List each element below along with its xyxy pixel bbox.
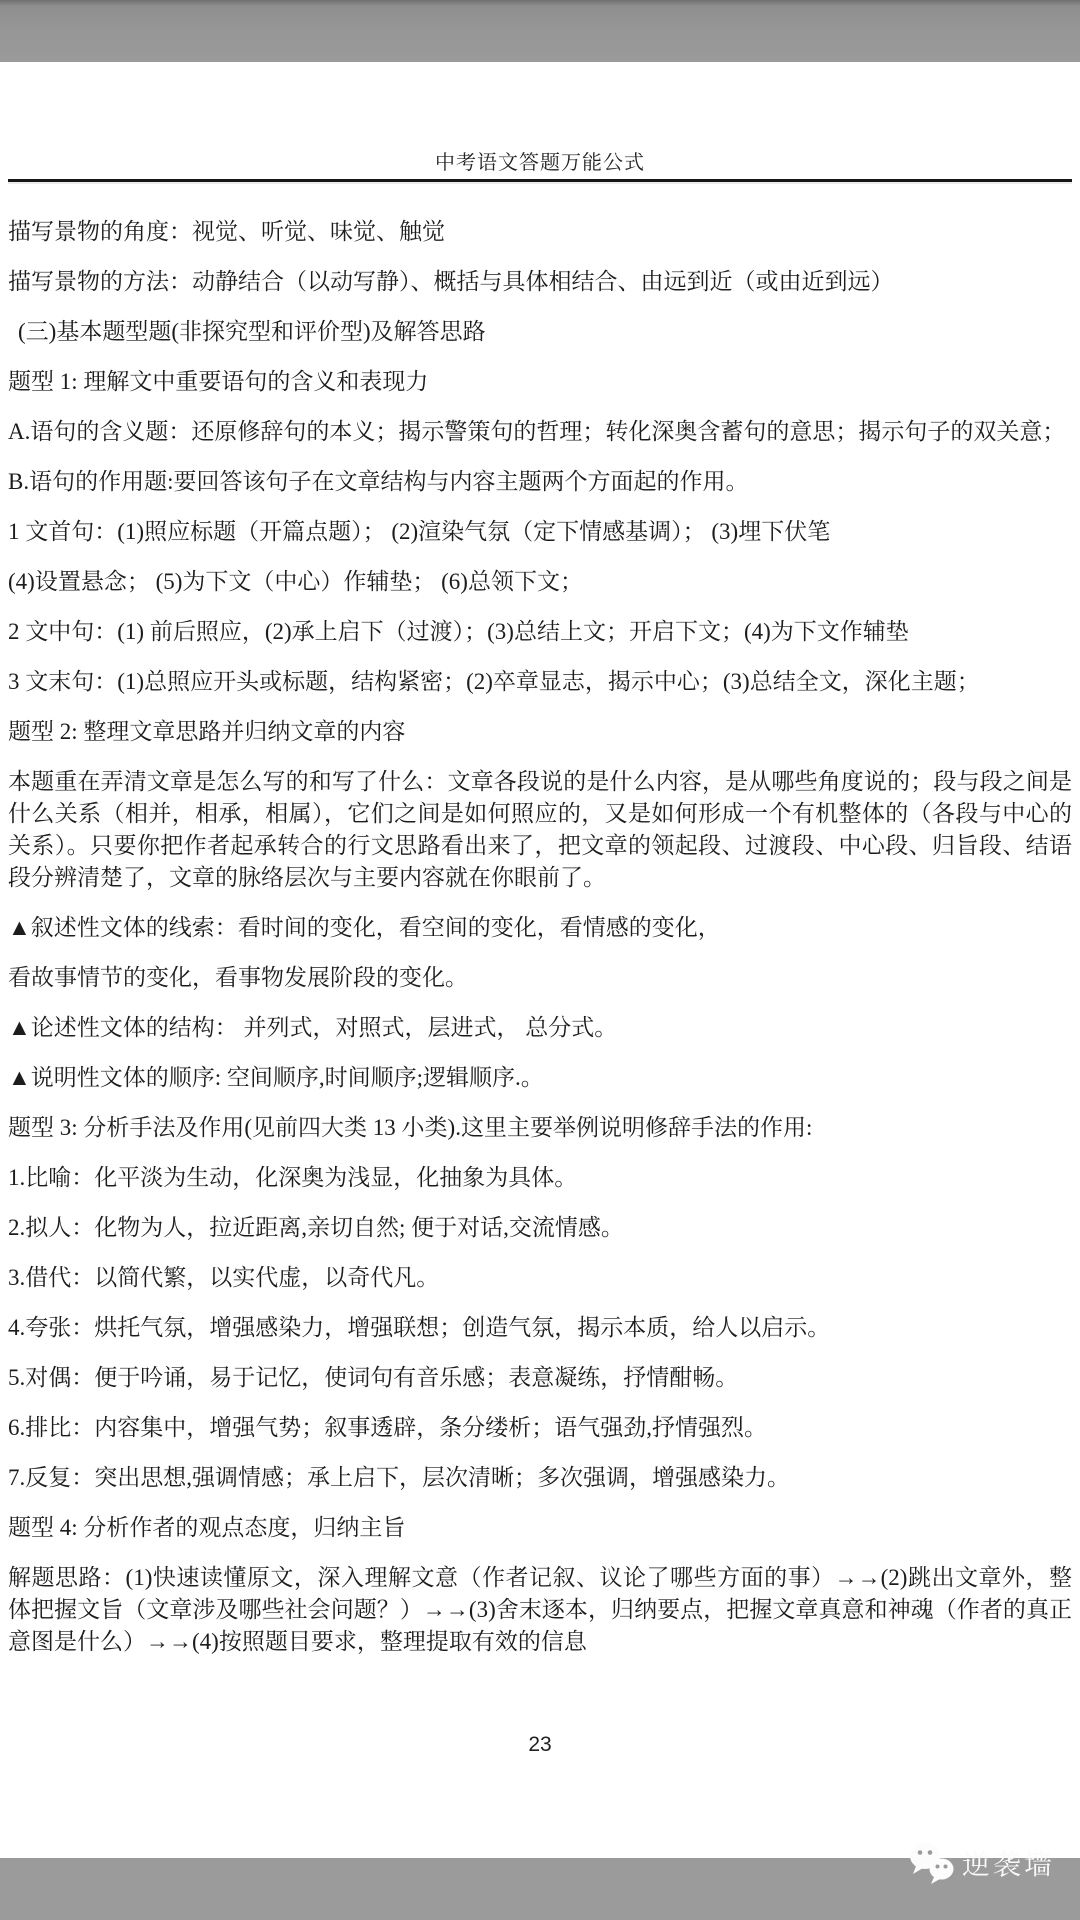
header-divider [8, 179, 1072, 182]
page-title: 中考语文答题万能公式 [0, 146, 1080, 175]
paragraph: 2 文中句：(1) 前后照应，(2)承上启下（过渡）；(3)总结上文；开启下文；… [8, 616, 1072, 648]
page-number: 23 [0, 1733, 1080, 1757]
paragraph: B.语句的作用题:要回答该句子在文章结构与内容主题两个方面起的作用。 [8, 466, 1072, 498]
paragraph: 6.排比：内容集中，增强气势；叙事透辟，条分缕析；语气强劲,抒情强烈。 [8, 1412, 1072, 1444]
paragraph: 题型 3: 分析手法及作用(见前四大类 13 小类).这里主要举例说明修辞手法的… [8, 1112, 1072, 1144]
paragraph: 描写景物的角度：视觉、听觉、味觉、触觉 [8, 216, 1072, 248]
paragraph: 2.拟人：化物为人，拉近距离,亲切自然; 便于对话,交流情感。 [8, 1212, 1072, 1244]
paragraph: 3 文末句：(1)总照应开头或标题，结构紧密；(2)卒章显志，揭示中心；(3)总… [8, 666, 1072, 698]
paragraph: 1 文首句：(1)照应标题（开篇点题）； (2)渲染气氛（定下情感基调）； (3… [8, 516, 1072, 548]
paragraph: 4.夸张：烘托气氛，增强感染力，增强联想；创造气氛，揭示本质，给人以启示。 [8, 1312, 1072, 1344]
paragraph: A.语句的含义题：还原修辞句的本义；揭示警策句的哲理；转化深奥含蓄句的意思；揭示… [8, 416, 1072, 448]
paragraph: ▲论述性文体的结构： 并列式，对照式，层进式， 总分式。 [8, 1012, 1072, 1044]
paragraph: ▲说明性文体的顺序: 空间顺序,时间顺序;逻辑顺序.。 [8, 1062, 1072, 1094]
paragraph: 描写景物的方法：动静结合（以动写静）、概括与具体相结合、由远到近（或由近到远） [8, 266, 1072, 298]
document-body: 描写景物的角度：视觉、听觉、味觉、触觉 描写景物的方法：动静结合（以动写静）、概… [8, 216, 1072, 1676]
paragraph: ▲叙述性文体的线索：看时间的变化，看空间的变化，看情感的变化， [8, 912, 1072, 944]
paragraph: 题型 4: 分析作者的观点态度，归纳主旨 [8, 1512, 1072, 1544]
paragraph: (三)基本题型题(非探究型和评价型)及解答思路 [8, 316, 1072, 348]
paragraph: 题型 1: 理解文中重要语句的含义和表现力 [8, 366, 1072, 398]
paragraph: 7.反复：突出思想,强调情感；承上启下，层次清晰；多次强调，增强感染力。 [8, 1462, 1072, 1494]
paragraph: (4)设置悬念； (5)为下文（中心）作辅垫； (6)总领下文； [8, 566, 1072, 598]
paragraph: 解题思路：(1)快速读懂原文，深入理解文意（作者记叙、议论了哪些方面的事）→→(… [8, 1562, 1072, 1658]
top-scanner-bar [0, 0, 1080, 62]
paragraph: 本题重在弄清文章是怎么写的和写了什么：文章各段说的是什么内容，是从哪些角度说的；… [8, 766, 1072, 894]
watermark: 逆袭墙 [906, 1840, 1055, 1886]
wechat-icon [906, 1840, 954, 1886]
paragraph: 看故事情节的变化，看事物发展阶段的变化。 [8, 962, 1072, 994]
watermark-label: 逆袭墙 [962, 1843, 1055, 1883]
paragraph: 3.借代：以简代繁，以实代虚，以奇代凡。 [8, 1262, 1072, 1294]
paragraph: 5.对偶：便于吟诵，易于记忆，使词句有音乐感；表意凝练，抒情酣畅。 [8, 1362, 1072, 1394]
paragraph: 题型 2: 整理文章思路并归纳文章的内容 [8, 716, 1072, 748]
paragraph: 1.比喻：化平淡为生动，化深奥为浅显，化抽象为具体。 [8, 1162, 1072, 1194]
